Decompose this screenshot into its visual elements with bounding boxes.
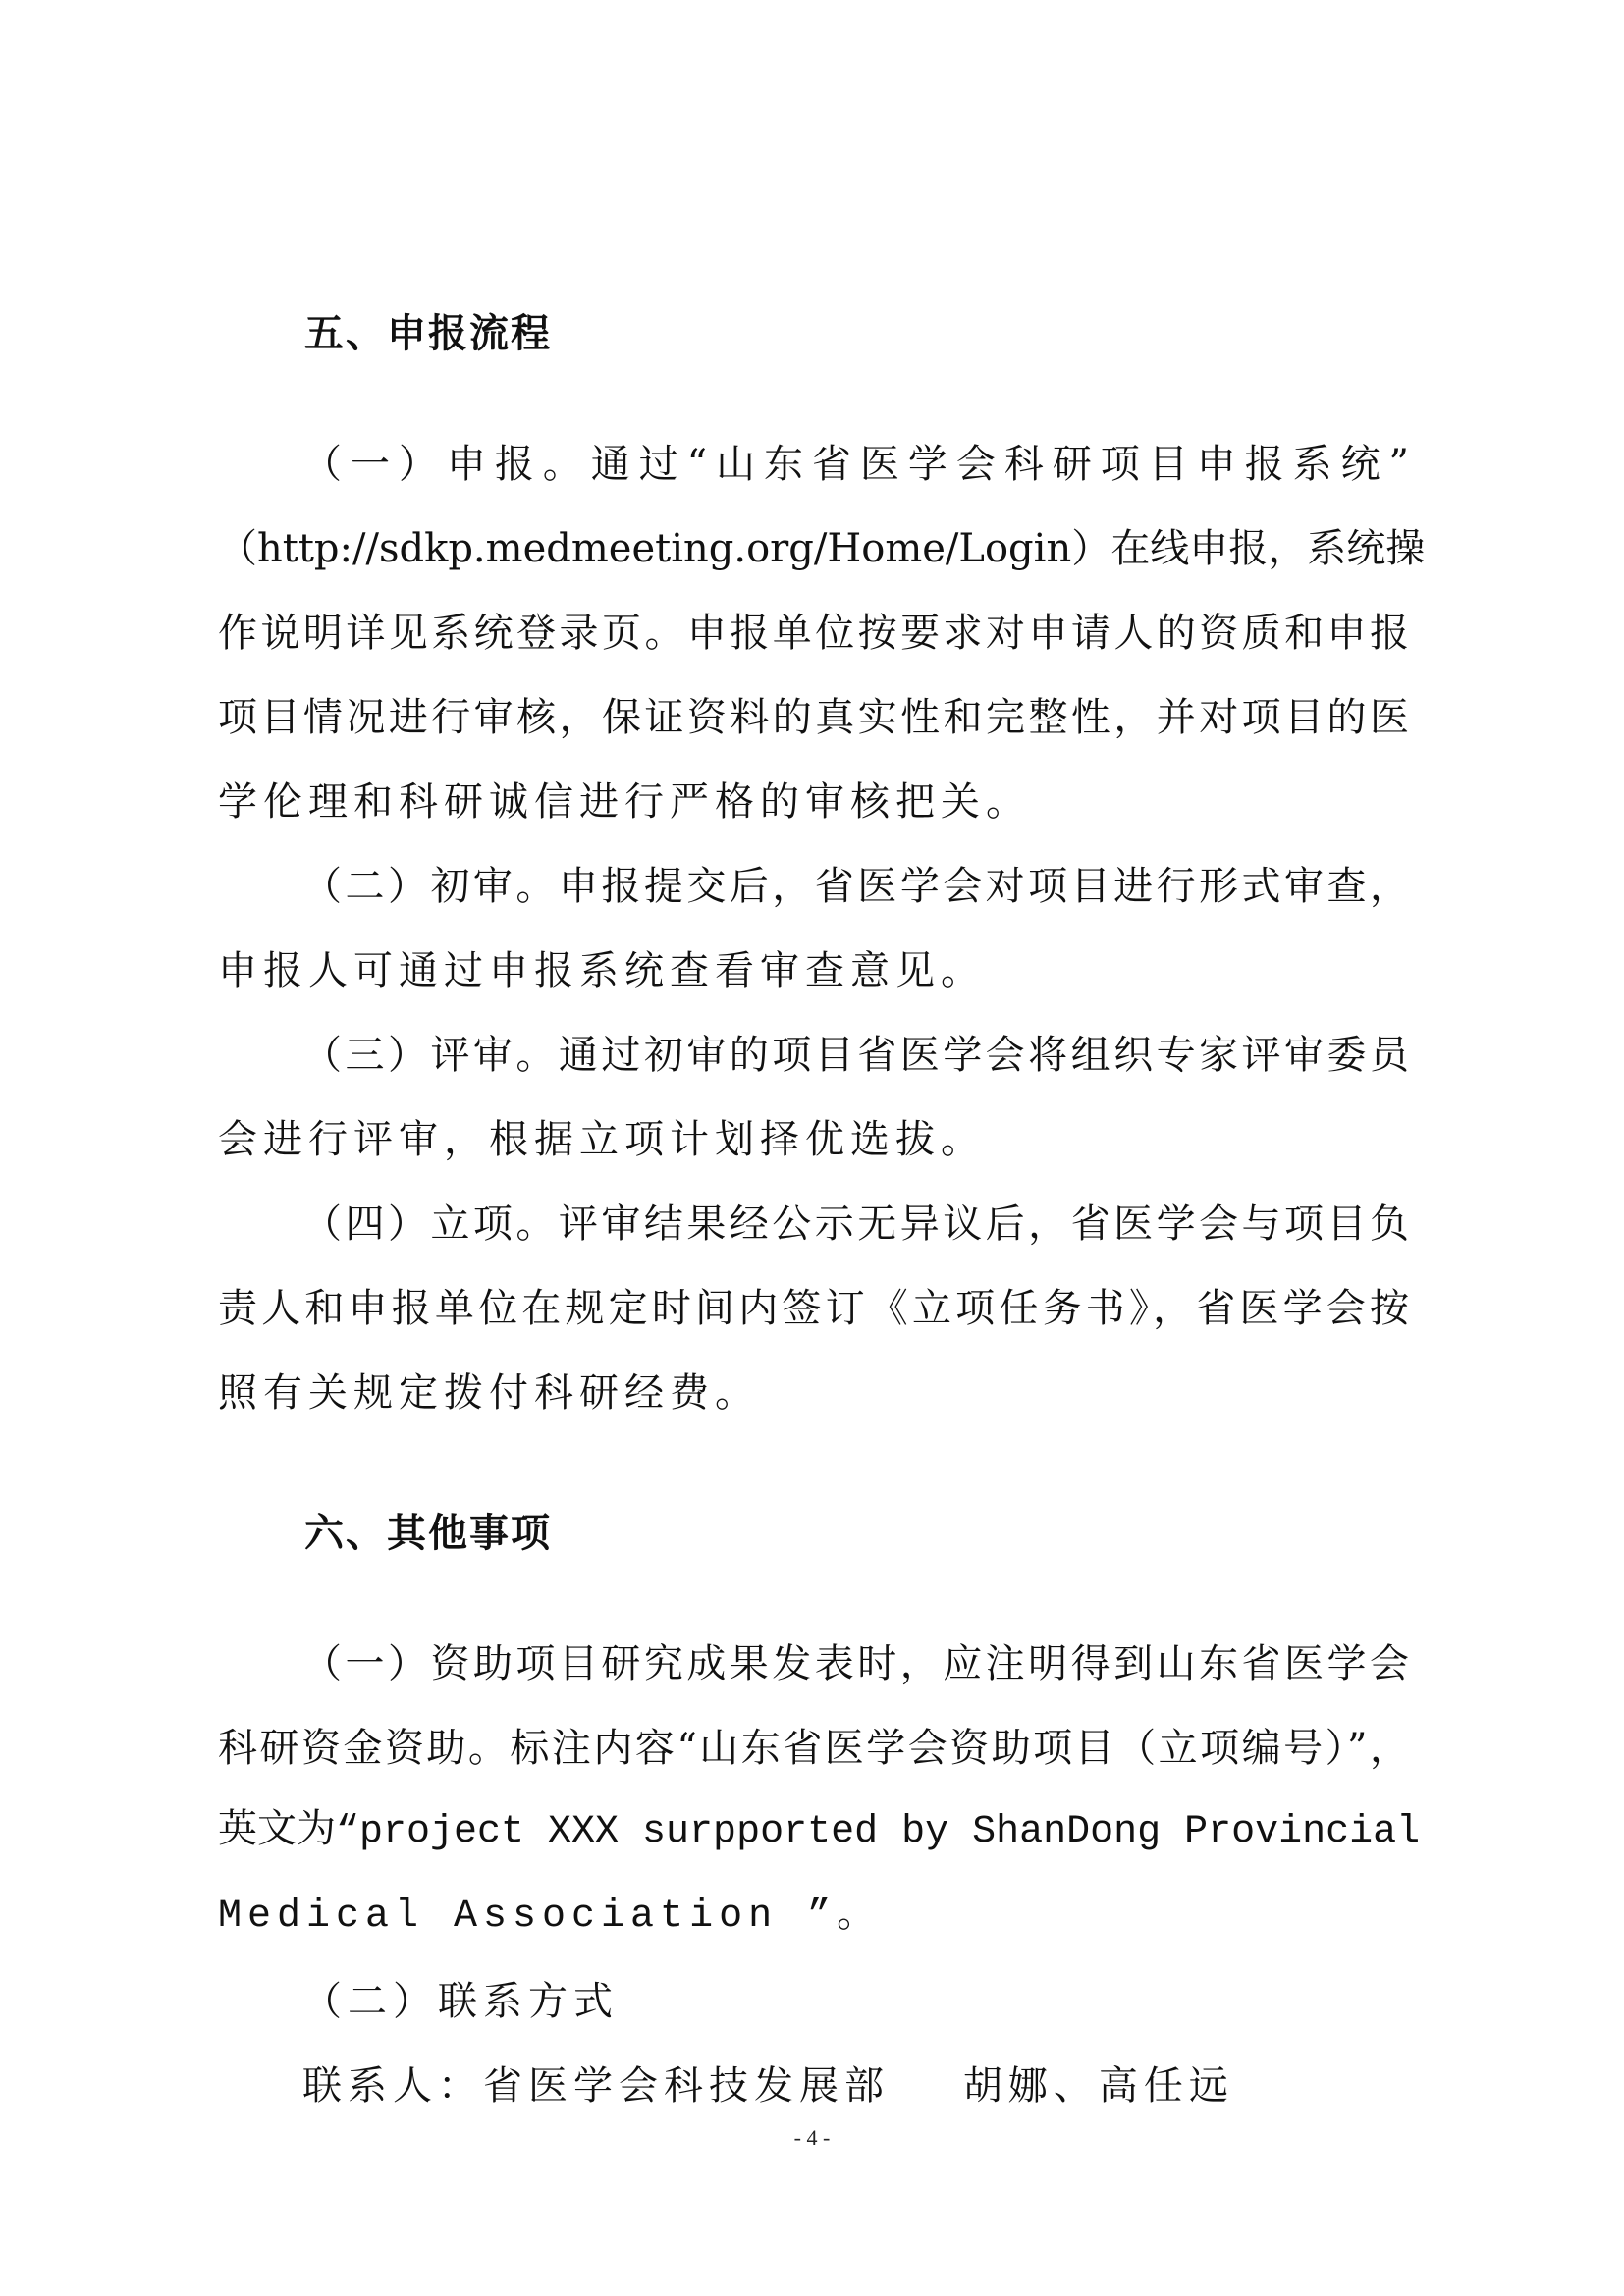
- paragraph-line: （四）立项。评审结果经公示无异议后，省医学会与项目负: [302, 1195, 1409, 1254]
- page-number: - 4 -: [0, 2123, 1624, 2153]
- paragraph-line: 作说明详见系统登录页。申报单位按要求对申请人的资质和申报: [218, 604, 1409, 663]
- paragraph-line: 项目情况进行审核，保证资料的真实性和完整性，并对项目的医: [218, 688, 1409, 747]
- section-heading-application-process: 五、申报流程: [304, 304, 552, 363]
- paragraph-line: 责人和申报单位在规定时间内签订《立项任务书》，省医学会按: [218, 1279, 1409, 1338]
- paragraph-line: 科研资金资助。标注内容“山东省医学会资助项目（立项编号）”，: [218, 1719, 1409, 1778]
- paragraph-line: 学伦理和科研诚信进行严格的审核把关。: [218, 773, 1409, 831]
- paragraph-line: 照有关规定拨付科研经费。: [218, 1363, 1409, 1422]
- paragraph-line-url: （http://sdkp.medmeeting.org/Home/Login）在…: [218, 519, 1409, 578]
- subheading-contact: （二）联系方式: [302, 1972, 619, 2031]
- paragraph-line: （一）资助项目研究成果发表时，应注明得到山东省医学会: [302, 1634, 1409, 1693]
- paragraph-line: （二）初审。申报提交后，省医学会对项目进行形式审查，: [302, 857, 1409, 916]
- paragraph-line: 会进行评审，根据立项计划择优选拔。: [218, 1110, 1409, 1169]
- document-page: 五、申报流程 （一）申报。通过“山东省医学会科研项目申报系统” （http://…: [0, 0, 1624, 2296]
- paragraph-line: 申报人可通过申报系统查看审查意见。: [218, 941, 1409, 1000]
- paragraph-line-english: 英文为“project XXX surpported by ShanDong P…: [218, 1803, 1409, 1862]
- section-heading-other-matters: 六、其他事项: [304, 1504, 552, 1563]
- paragraph-line-english: Medical Association ”。: [218, 1888, 1409, 1947]
- contact-person: 联系人：省医学会科技发展部 胡娜、高任远: [302, 2056, 1234, 2115]
- paragraph-line: （一）申报。通过“山东省医学会科研项目申报系统”: [302, 435, 1409, 494]
- paragraph-line: （三）评审。通过初审的项目省医学会将组织专家评审委员: [302, 1026, 1409, 1085]
